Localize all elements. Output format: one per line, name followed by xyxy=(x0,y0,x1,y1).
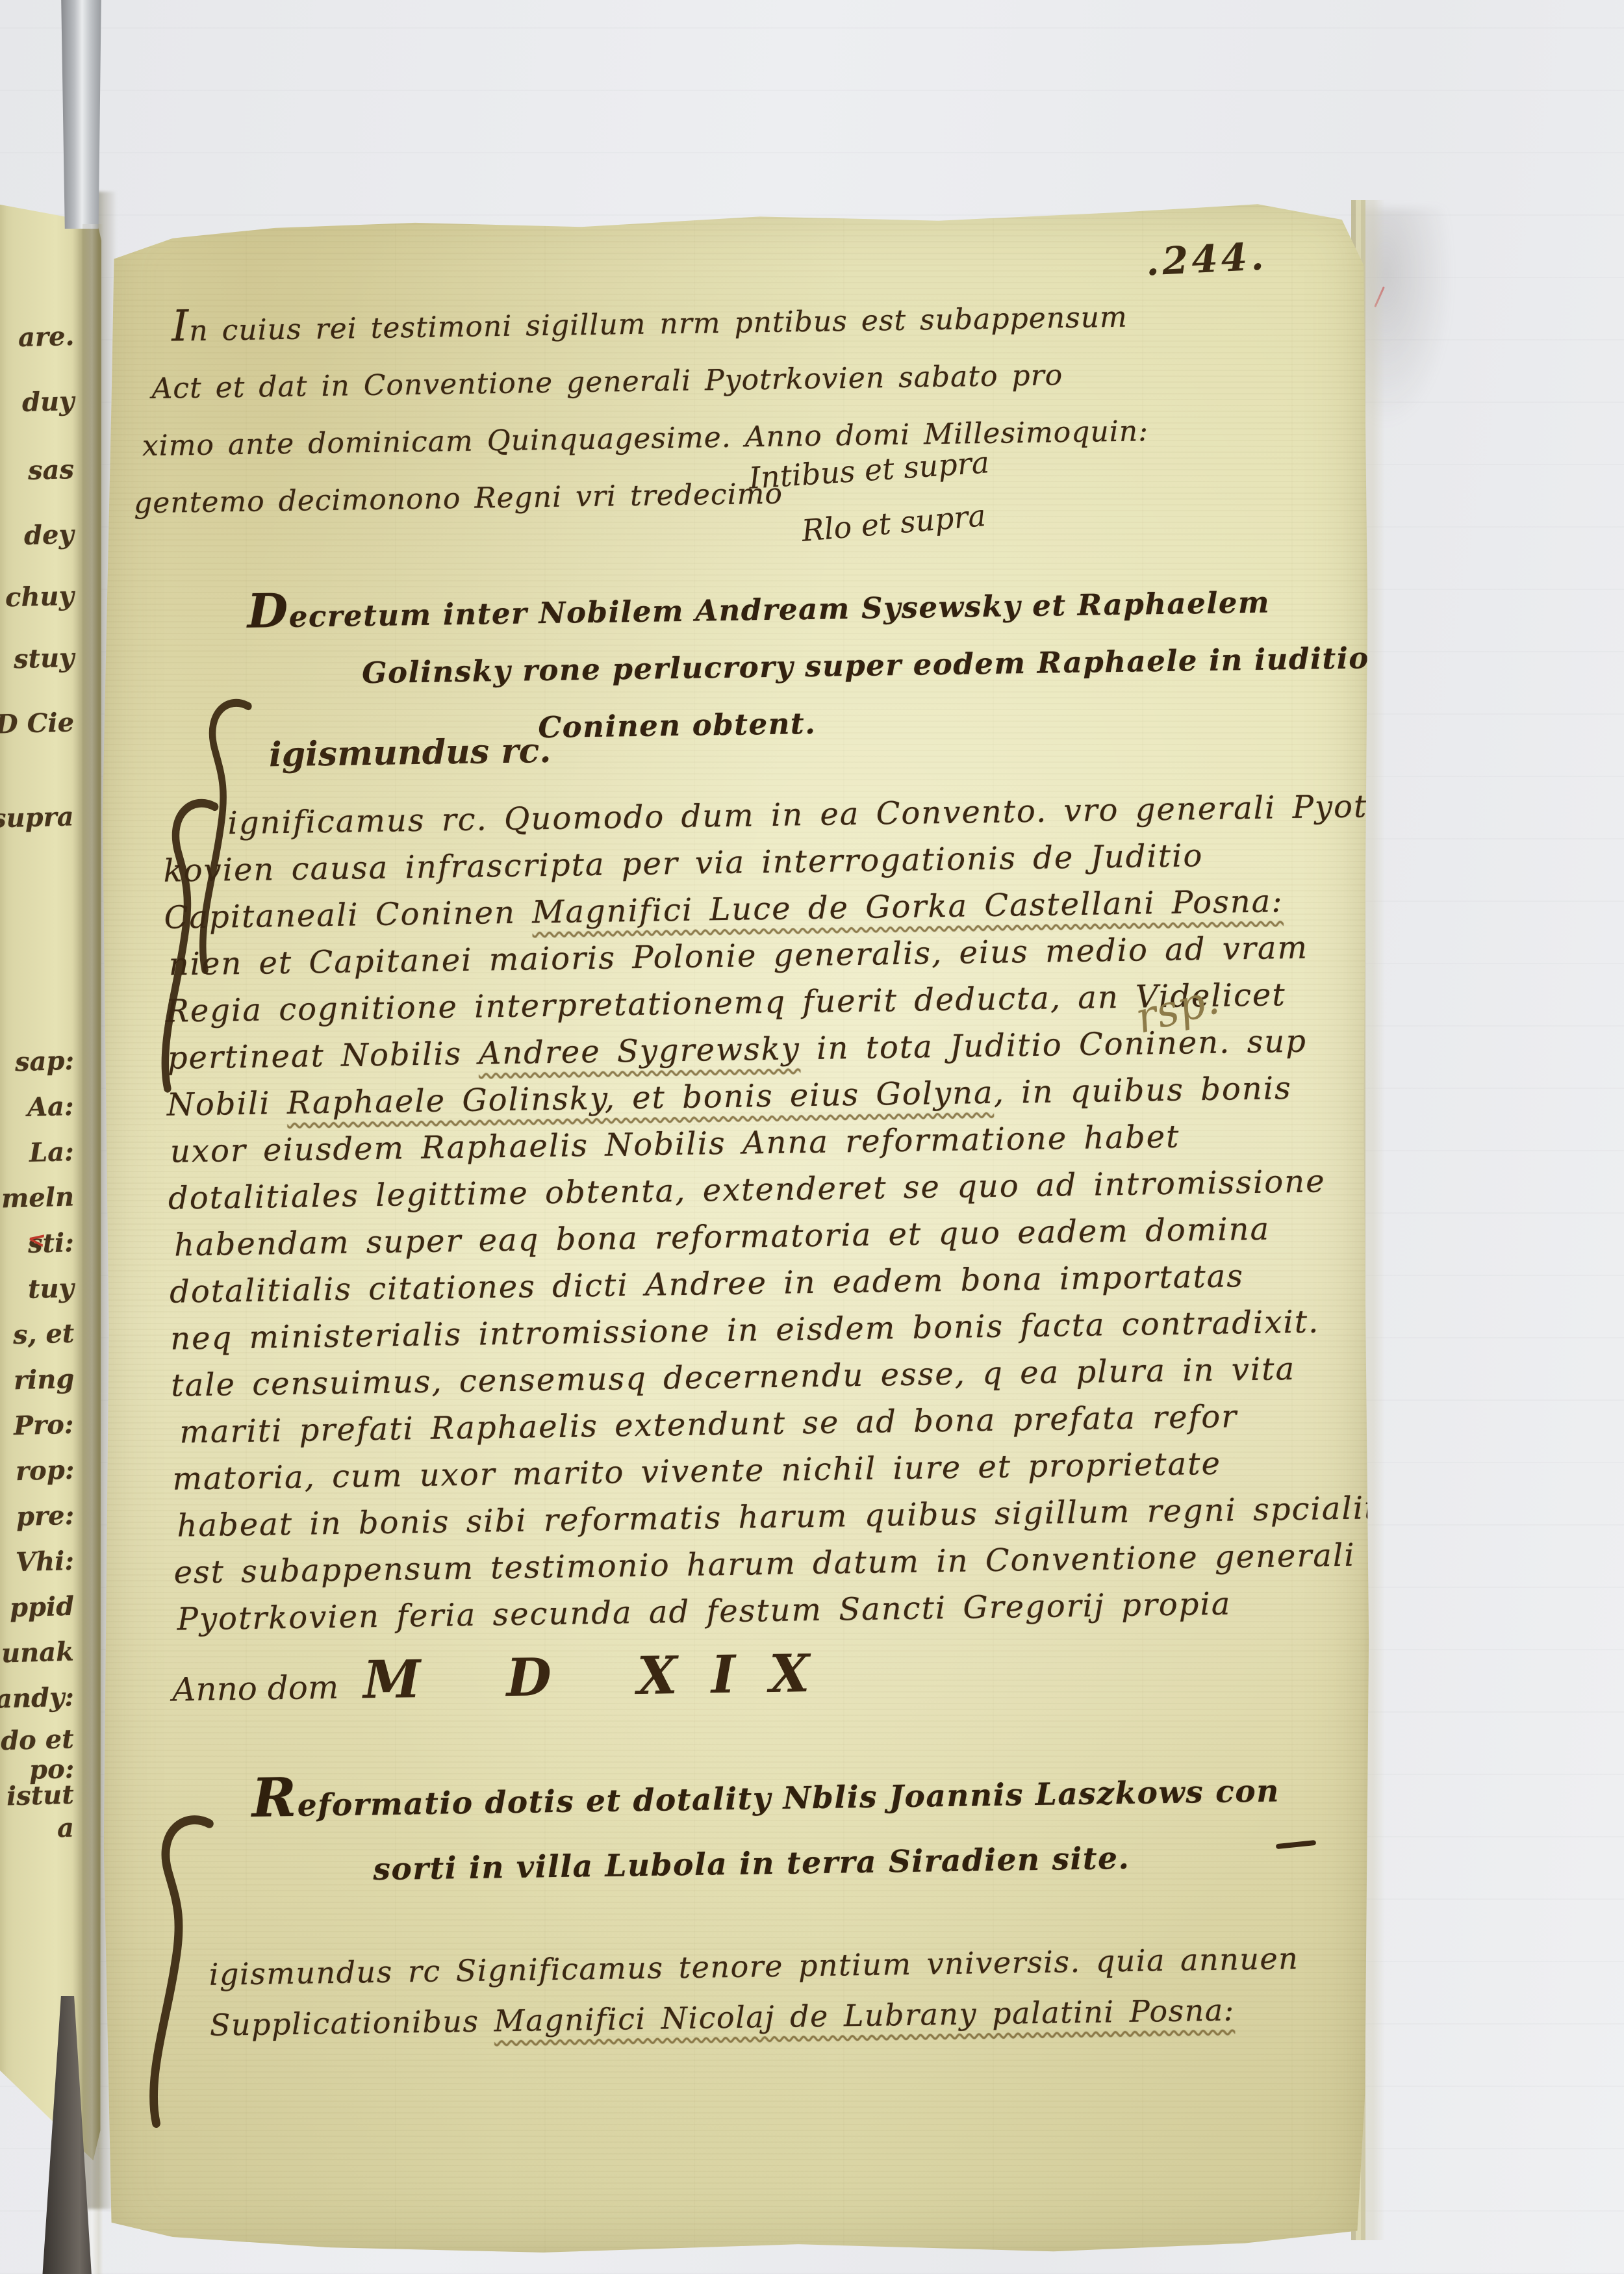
handwriting-layer: .244. In cuius rei testimoni sigillum nr… xyxy=(84,177,1391,2261)
phrase: , in quibus bonis xyxy=(993,1070,1292,1111)
left-fragment: stuy xyxy=(13,643,75,674)
left-fragment: Pro: xyxy=(14,1409,75,1441)
holding-rod-top xyxy=(58,0,104,229)
previous-page-fragments: are.duysasdeychuystuyD Ciesuprasap:Aa:La… xyxy=(0,0,79,2274)
left-fragment: ndo et xyxy=(0,1724,75,1757)
left-fragment: rop: xyxy=(15,1455,75,1487)
left-fragment: istut xyxy=(6,1780,75,1812)
anno-numerals: M D XIX xyxy=(362,1642,844,1710)
margin-dash: — xyxy=(1276,1840,1316,1849)
anno-domini-line: Anno dom M D XIX xyxy=(171,1642,844,1713)
left-fragment: meln xyxy=(1,1182,74,1214)
left-fragment: sas xyxy=(27,454,74,486)
decree-body: ignificamus rc. Quomodo dum in ea Conven… xyxy=(162,783,1391,1643)
anno-prefix: Anno dom xyxy=(172,1668,339,1709)
left-fragment: tuy xyxy=(28,1273,75,1305)
left-fragment: Aa: xyxy=(27,1091,75,1123)
scan-background: { "folio_number": ".244.", "margin_note"… xyxy=(0,0,1624,2274)
left-fragment: ppid xyxy=(9,1591,74,1624)
left-fragment: duy xyxy=(21,386,74,418)
underlined-phrase: Andree Sygrewsky xyxy=(478,1030,800,1071)
left-fragment: s, et xyxy=(12,1318,74,1350)
left-fragment: are. xyxy=(18,321,75,353)
left-fragment: Vhi: xyxy=(15,1546,74,1578)
manuscript-page: .244. In cuius rei testimoni sigillum nr… xyxy=(96,195,1373,2260)
sigismundus-opening: igismundus rc. xyxy=(268,731,551,774)
folio-number: .244. xyxy=(1145,234,1268,284)
left-fragment: unak xyxy=(1,1637,75,1669)
underlined-phrase: Magnifici Nicolaj de Lubrany palatini Po… xyxy=(494,1993,1235,2039)
underlined-phrase: Magnifici Luce de Gorka Castellani Posna… xyxy=(532,883,1284,930)
left-fragment: ring xyxy=(13,1364,75,1396)
left-fragment: sap: xyxy=(14,1045,74,1077)
phrase: pertineat Nobilis xyxy=(167,1036,479,1077)
red-ink-mark: < xyxy=(25,1225,47,1254)
closing-formula: In cuius rei testimoni sigillum nrm pnti… xyxy=(131,283,1149,532)
reformatio-heading: Reformatio dotis et dotality Nblis Joann… xyxy=(173,1759,1281,1905)
left-fragment: dey xyxy=(24,519,75,551)
holding-rod-glass xyxy=(82,224,103,2274)
phrase: in tota Juditio Coninen. sup xyxy=(800,1023,1307,1067)
left-fragment: a xyxy=(57,1813,74,1844)
left-fragment: pre: xyxy=(16,1500,74,1532)
phrase: Nobili xyxy=(167,1085,288,1123)
left-fragment: supra xyxy=(0,801,75,834)
phrase: Capitaneali Coninen xyxy=(164,894,532,936)
second-entry: igismundus rc Significamus tenore pntium… xyxy=(209,1933,1300,2050)
left-fragment: D Cie xyxy=(0,707,75,739)
phrase: Supplicationibus xyxy=(210,2003,494,2042)
underlined-phrase: Raphaele Golinsky, et bonis eius Golyna xyxy=(286,1075,994,1121)
left-fragment: chuy xyxy=(5,581,75,613)
left-fragment: La: xyxy=(29,1136,75,1168)
left-fragment: andy: xyxy=(0,1681,75,1714)
